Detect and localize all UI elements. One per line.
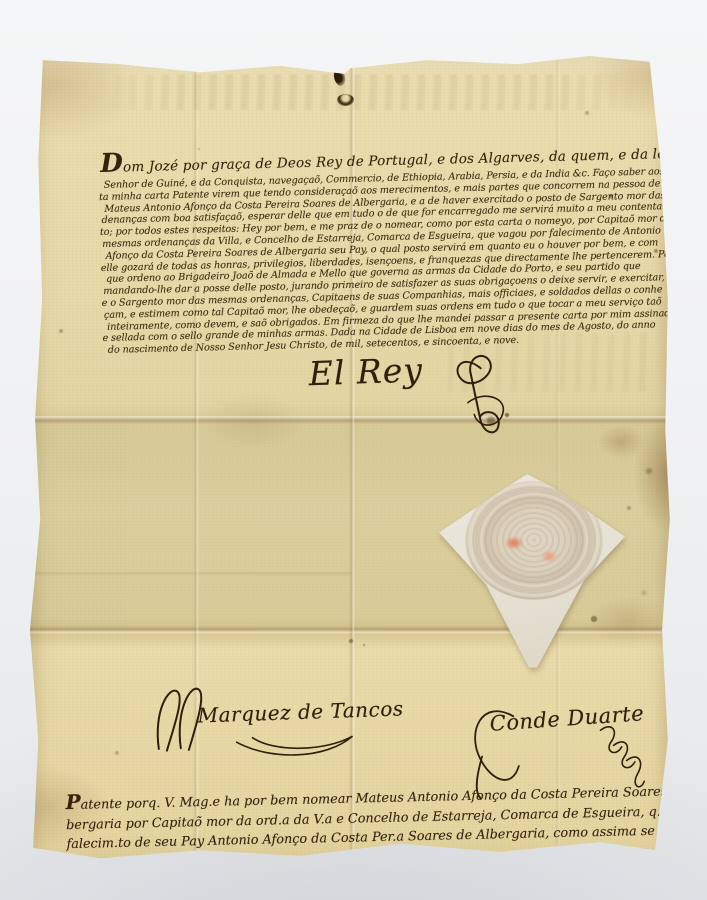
manuscript-body: Dom Jozé por graça de Deos Rey de Portug…: [100, 140, 697, 357]
ink-showthrough-top: [98, 74, 638, 110]
royal-signature-text: El Rey: [308, 350, 423, 393]
pen-squiggle-flourish: [356, 855, 467, 887]
ink-blot: [331, 67, 347, 88]
photo-background: Dom Jozé por graça de Deos Rey de Portug…: [0, 0, 707, 900]
docket-tail-text: Para V. Mag.e ver.: [471, 851, 663, 882]
docket-text: Patente porq. V. Mag.e ha por bem nomear…: [65, 779, 694, 855]
paper-seal: [432, 468, 632, 676]
fold-crease-horizontal-faint: [28, 571, 351, 576]
seal-embossed-disc: [465, 480, 603, 600]
seal-red-spot: [504, 536, 524, 550]
parchment-document: Dom Jozé por graça de Deos Rey de Portug…: [28, 52, 673, 864]
seal-paper-wafer: [432, 468, 632, 676]
signature-underline-flourish: [230, 730, 361, 765]
signature-text: Marquez de Tancos: [197, 696, 404, 727]
seal-red-spot: [540, 550, 558, 563]
ink-blot: [337, 94, 354, 106]
royal-signature: El Rey: [308, 346, 552, 469]
royal-monogram-flourish: [446, 349, 519, 451]
stain-speckles: [28, 52, 30, 54]
docket-approval-line: Para V. Mag.e ver.: [355, 841, 707, 900]
end-loop-flourish: [667, 841, 707, 883]
signature-marquez-de-tancos: Marquez de Tancos: [149, 673, 452, 773]
